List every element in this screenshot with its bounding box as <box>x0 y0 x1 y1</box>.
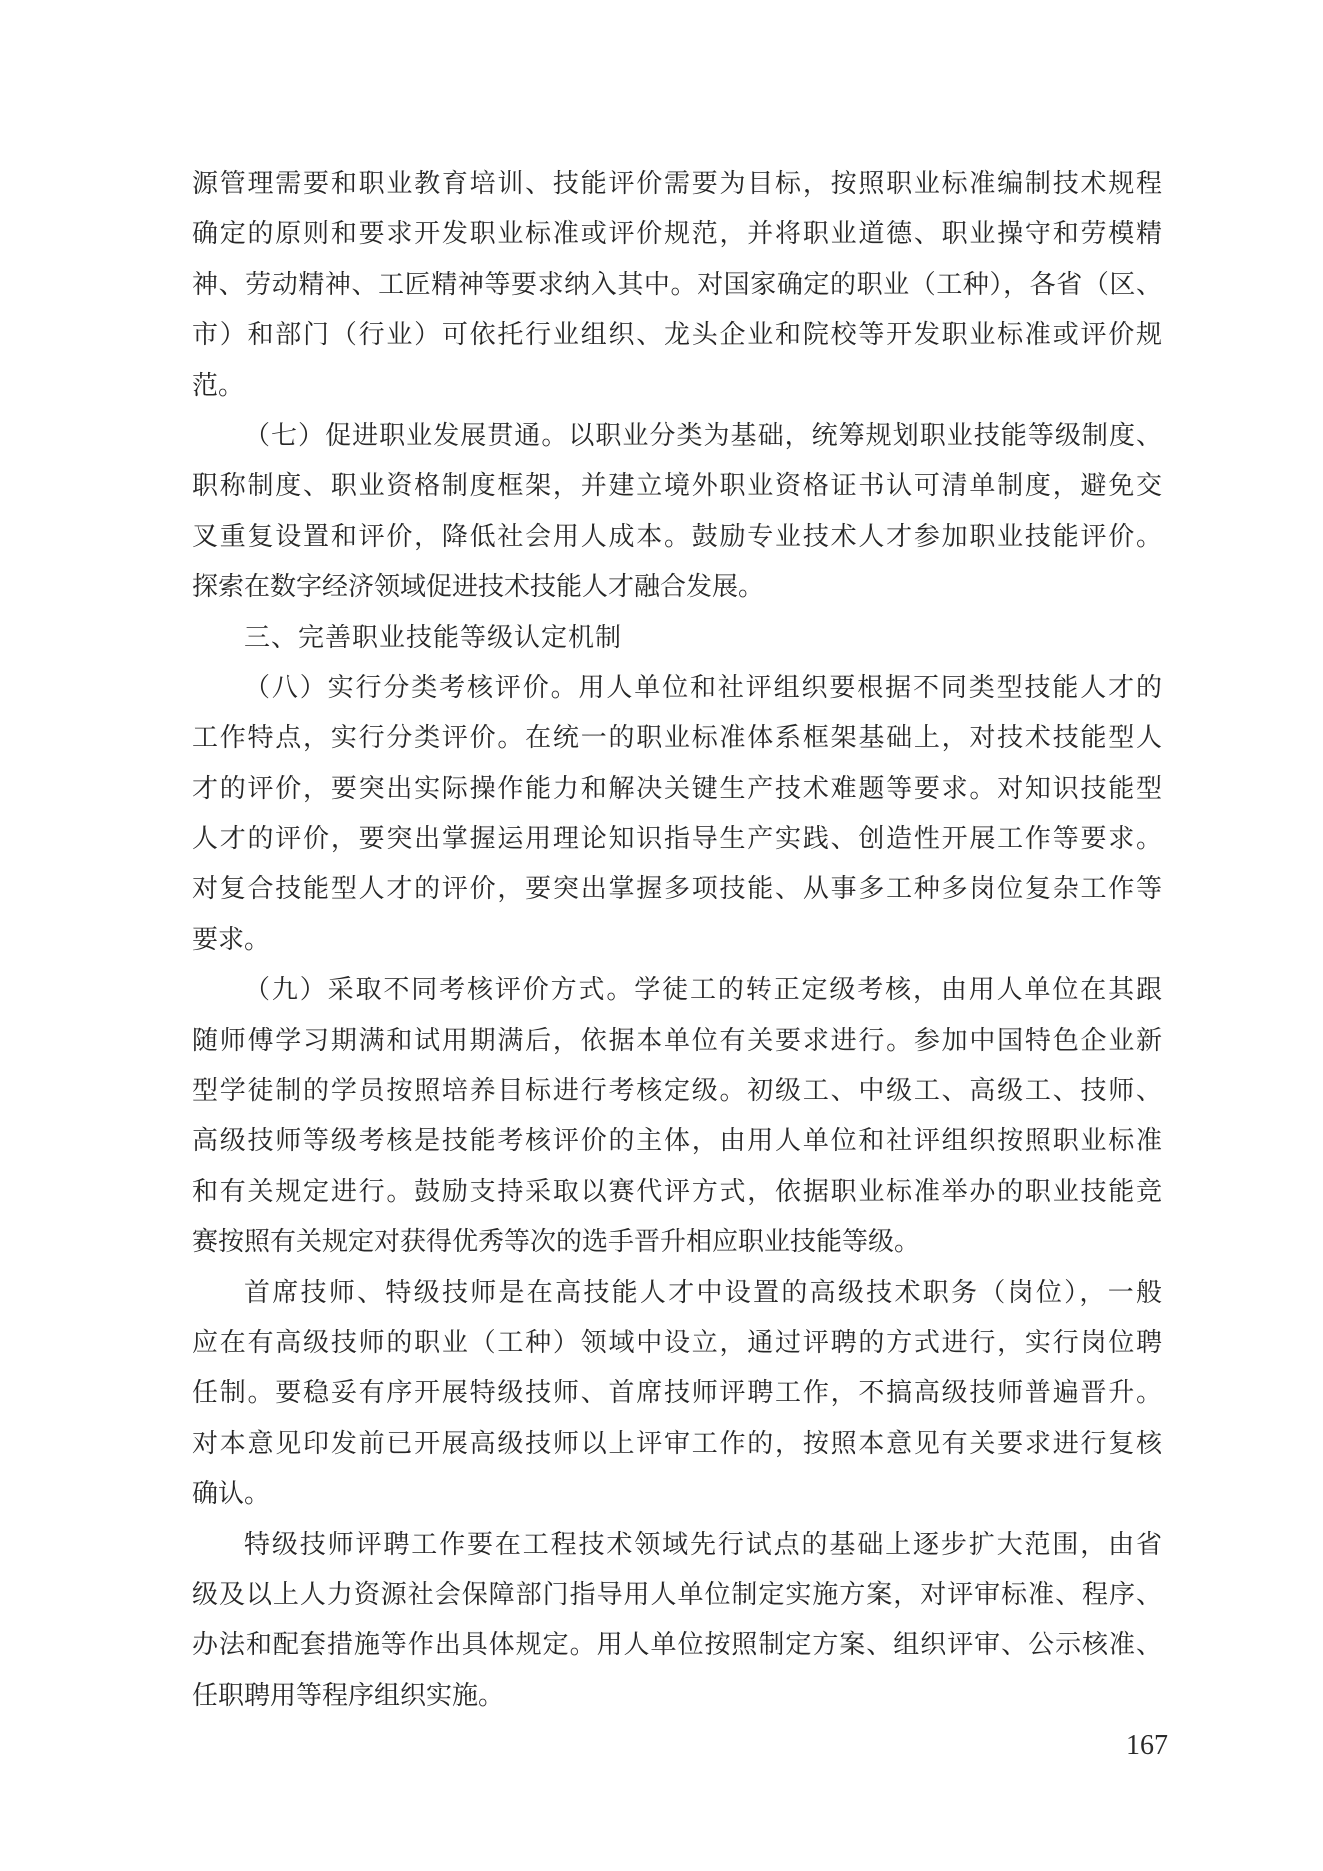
text-line: 级及以上人力资源社会保障部门指导用人单位制定实施方案，对评审标准、程序、 <box>192 1570 1162 1620</box>
text-line: 工作特点，实行分类评价。在统一的职业标准体系框架基础上，对技术技能型人 <box>192 713 1162 763</box>
text-line: 要求。 <box>192 915 1162 965</box>
text-line: （九）采取不同考核评价方式。学徒工的转正定级考核，由用人单位在其跟 <box>192 965 1162 1015</box>
text-line: 型学徒制的学员按照培养目标进行考核定级。初级工、中级工、高级工、技师、 <box>192 1066 1162 1116</box>
text-line: 任制。要稳妥有序开展特级技师、首席技师评聘工作，不搞高级技师普遍晋升。 <box>192 1368 1162 1418</box>
text-line: 确定的原则和要求开发职业标准或评价规范，并将职业道德、职业操守和劳模精 <box>192 209 1162 259</box>
text-line: 高级技师等级考核是技能考核评价的主体，由用人单位和社评组织按照职业标准 <box>192 1116 1162 1166</box>
text-line: 随师傅学习期满和试用期满后，依据本单位有关要求进行。参加中国特色企业新 <box>192 1016 1162 1066</box>
document-text-block: 源管理需要和职业教育培训、技能评价需要为目标，按照职业标准编制技术规程确定的原则… <box>192 159 1162 1721</box>
text-line: 探索在数字经济领域促进技术技能人才融合发展。 <box>192 562 1162 612</box>
text-line: 范。 <box>192 361 1162 411</box>
text-line: 对本意见印发前已开展高级技师以上评审工作的，按照本意见有关要求进行复核 <box>192 1419 1162 1469</box>
section-heading: 三、完善职业技能等级认定机制 <box>192 613 1162 663</box>
text-line: 任职聘用等程序组织实施。 <box>192 1671 1162 1721</box>
text-line: 人才的评价，要突出掌握运用理论知识指导生产实践、创造性开展工作等要求。 <box>192 814 1162 864</box>
text-line: 源管理需要和职业教育培训、技能评价需要为目标，按照职业标准编制技术规程 <box>192 159 1162 209</box>
text-line: 和有关规定进行。鼓励支持采取以赛代评方式，依据职业标准举办的职业技能竞 <box>192 1167 1162 1217</box>
text-line: 确认。 <box>192 1469 1162 1519</box>
text-line: 市）和部门（行业）可依托行业组织、龙头企业和院校等开发职业标准或评价规 <box>192 310 1162 360</box>
heading-line: 三、完善职业技能等级认定机制 <box>192 613 1162 663</box>
text-line: 才的评价，要突出实际操作能力和解决关键生产技术难题等要求。对知识技能型 <box>192 764 1162 814</box>
text-line: 应在有高级技师的职业（工种）领域中设立，通过评聘的方式进行，实行岗位聘 <box>192 1318 1162 1368</box>
text-line: 办法和配套措施等作出具体规定。用人单位按照制定方案、组织评审、公示核准、 <box>192 1620 1162 1670</box>
paragraph: 特级技师评聘工作要在工程技术领域先行试点的基础上逐步扩大范围，由省级及以上人力资… <box>192 1520 1162 1722</box>
paragraph: 源管理需要和职业教育培训、技能评价需要为目标，按照职业标准编制技术规程确定的原则… <box>192 159 1162 411</box>
document-page: 源管理需要和职业教育培训、技能评价需要为目标，按照职业标准编制技术规程确定的原则… <box>0 0 1323 1871</box>
text-line: 对复合技能型人才的评价，要突出掌握多项技能、从事多工种多岗位复杂工作等 <box>192 864 1162 914</box>
text-line: （八）实行分类考核评价。用人单位和社评组织要根据不同类型技能人才的 <box>192 663 1162 713</box>
paragraph: （七）促进职业发展贯通。以职业分类为基础，统筹规划职业技能等级制度、职称制度、职… <box>192 411 1162 613</box>
page-number: 167 <box>192 1730 1168 1762</box>
text-line: （七）促进职业发展贯通。以职业分类为基础，统筹规划职业技能等级制度、 <box>192 411 1162 461</box>
text-line: 特级技师评聘工作要在工程技术领域先行试点的基础上逐步扩大范围，由省 <box>192 1520 1162 1570</box>
text-line: 叉重复设置和评价，降低社会用人成本。鼓励专业技术人才参加职业技能评价。 <box>192 512 1162 562</box>
text-line: 职称制度、职业资格制度框架，并建立境外职业资格证书认可清单制度，避免交 <box>192 461 1162 511</box>
text-line: 首席技师、特级技师是在高技能人才中设置的高级技术职务（岗位），一般 <box>192 1268 1162 1318</box>
paragraph: （八）实行分类考核评价。用人单位和社评组织要根据不同类型技能人才的工作特点，实行… <box>192 663 1162 965</box>
paragraph: 首席技师、特级技师是在高技能人才中设置的高级技术职务（岗位），一般应在有高级技师… <box>192 1268 1162 1520</box>
text-line: 赛按照有关规定对获得优秀等次的选手晋升相应职业技能等级。 <box>192 1217 1162 1267</box>
paragraph: （九）采取不同考核评价方式。学徒工的转正定级考核，由用人单位在其跟随师傅学习期满… <box>192 965 1162 1267</box>
text-line: 神、劳动精神、工匠精神等要求纳入其中。对国家确定的职业（工种），各省（区、 <box>192 260 1162 310</box>
